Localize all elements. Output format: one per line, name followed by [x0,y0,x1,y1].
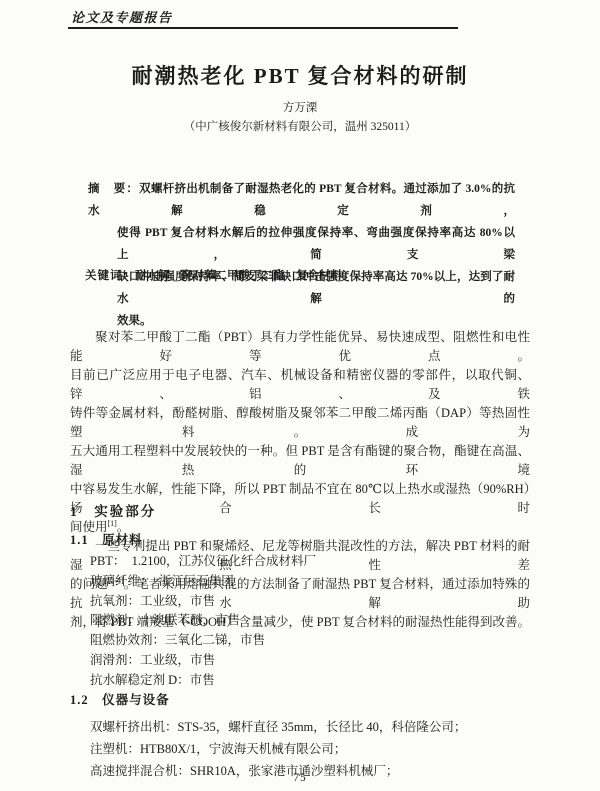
abstract-line: 使得 PBT 复合材料水解后的拉伸强度保持率、弯曲强度保持率高达 80%以上，简… [88,222,515,266]
body-line: 铸件等金属材料，酚醛树脂、醇酸树脂及聚邻苯二甲酸二烯丙酯（DAP）等热固性塑料。… [70,404,530,442]
abstract: 摘 要：双螺杆挤出机制备了耐湿热老化的 PBT 复合材料。通过添加了 3.0%的… [88,178,515,332]
material-item: 阻燃剂：十溴联苯醚，市售 [90,611,530,631]
material-item: 抗氧剂：工业级，市售 [90,592,530,612]
abstract-line: 摘 要：双螺杆挤出机制备了耐湿热老化的 PBT 复合材料。通过添加了 3.0%的… [88,178,515,222]
keywords-text: 耐水解 聚对苯二甲酸丁二酯 复合材料 [135,270,342,282]
section-heading-experimental: 1 实验部分 [70,500,156,520]
equipment-item: 双螺杆挤出机：STS-35，螺杆直径 35mm，长径比 40，科倍隆公司； [90,716,530,738]
paper-title: 耐潮热老化 PBT 复合材料的研制 [0,60,600,90]
equipment-item: 注塑机：HTB80X/1，宁波海天机械有限公司； [90,738,530,760]
body-line: 五大通用工程塑料中发展较快的一种。但 PBT 是含有酯键的聚合物，酯键在高温、湿… [70,442,530,480]
material-item: PBT： 1.2100，江苏仪征化纤合成材料厂 [90,552,530,572]
author-affiliation: （中广核俊尔新材料有限公司，温州 325011） [0,118,600,134]
author-name: 方万溧 [0,99,600,115]
header-rule [68,27,458,29]
paper-page: 论文及专题报告 耐潮热老化 PBT 复合材料的研制 方万溧 （中广核俊尔新材料有… [0,0,600,791]
material-item: 抗水解稳定剂 D：市售 [90,671,530,691]
body-line: 目前已广泛应用于电子电器、汽车、机械设备和精密仪器的零部件，以取代铜、锌、铝、及… [70,366,530,404]
body-line: 聚对苯二甲酸丁二酯（PBT）具有力学性能优异、易快速成型、阻燃性和电性能好等优点… [70,328,530,366]
page-number: 75 [0,772,600,784]
journal-section-header: 论文及专题报告 [71,7,173,26]
material-item: 阻燃协效剂：三氧化二锑，市售 [90,631,530,651]
materials-list: PBT： 1.2100，江苏仪征化纤合成材料厂玻璃纤维： 浙江巨石集团抗氧剂：工… [90,552,530,691]
keywords-line: 关键词：耐水解 聚对苯二甲酸丁二酯 复合材料 [85,265,515,287]
abstract-label: 摘 要： [88,183,139,195]
material-item: 玻璃纤维： 浙江巨石集团 [90,572,530,592]
subsection-heading-raw-materials: 1.1 原材料 [70,530,143,548]
subsection-heading-instruments: 1.2 仪器与设备 [70,690,170,708]
material-item: 润滑剂：工业级，市售 [90,651,530,671]
keywords-label: 关键词： [85,270,135,282]
